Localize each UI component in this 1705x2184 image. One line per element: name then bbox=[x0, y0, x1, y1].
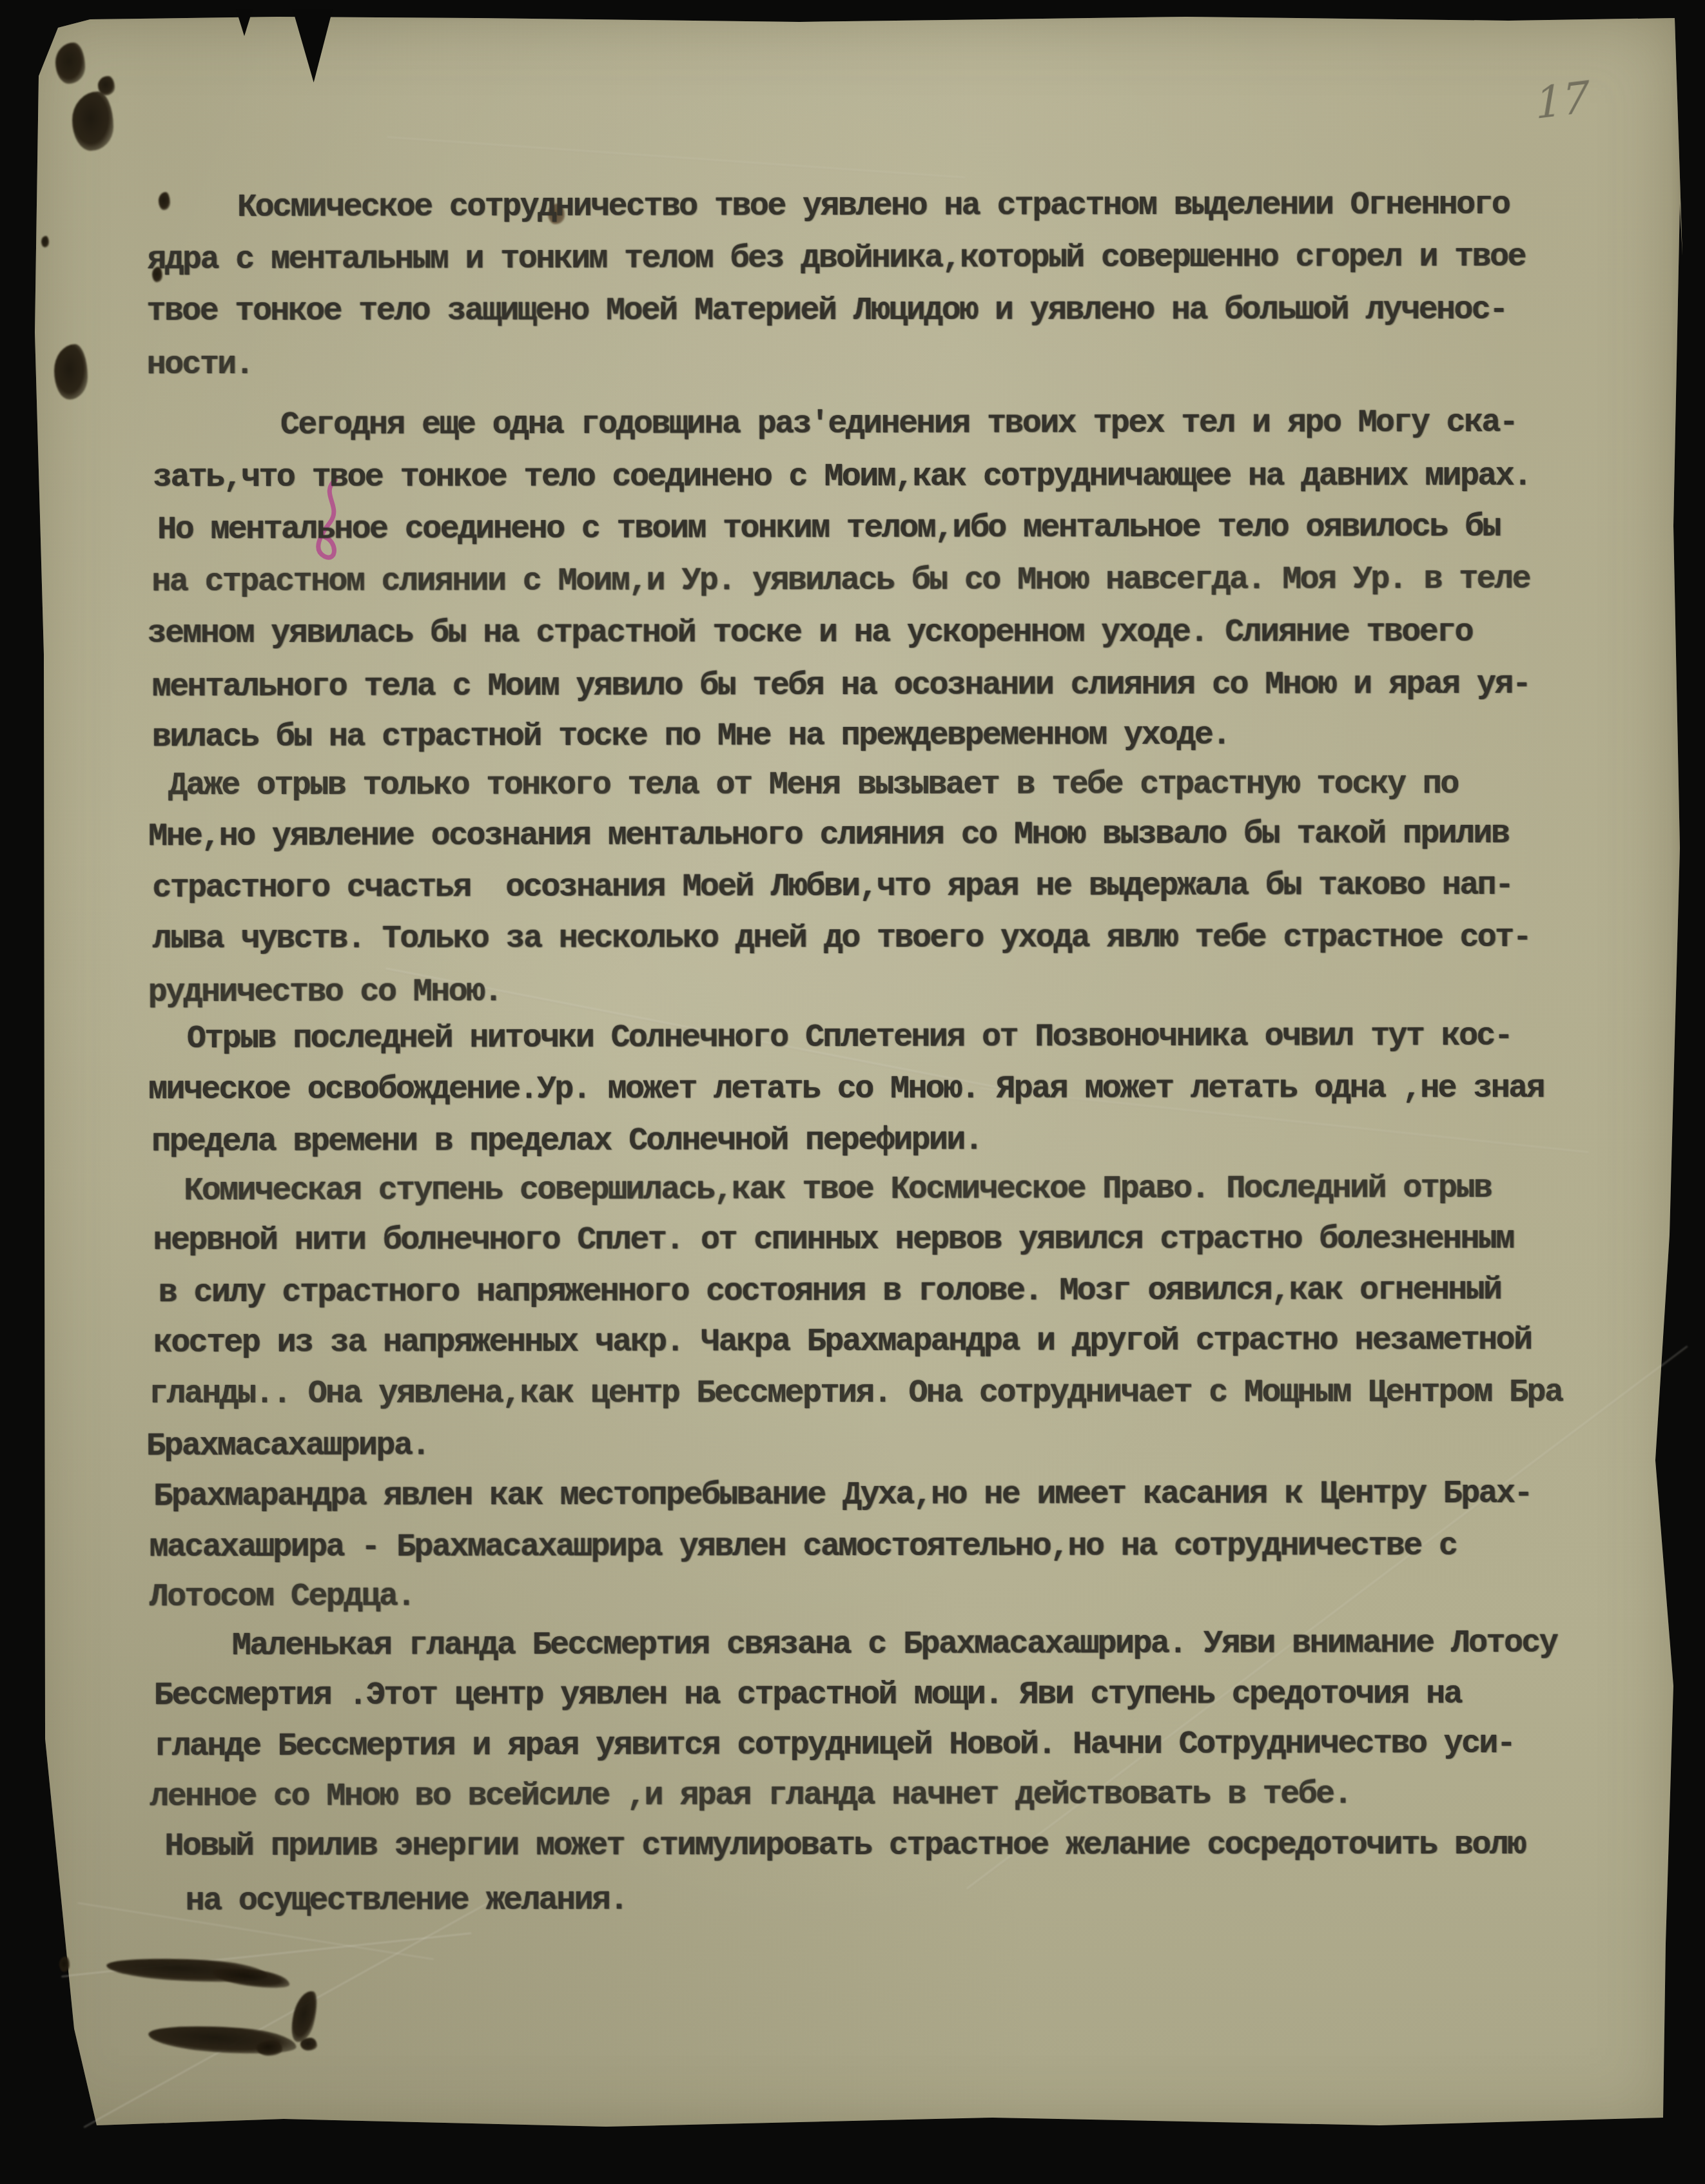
text-line: мическое освобождение.Ур. может летать с… bbox=[148, 1073, 1544, 1106]
text-line: масахашрира - Брахмасахашрира уявлен сам… bbox=[149, 1531, 1456, 1564]
text-line: Комическая ступень совершилась,как твое … bbox=[184, 1173, 1491, 1208]
text-line: Новый прилив энергии может стимулировать… bbox=[164, 1830, 1525, 1863]
text-line: зать,что твое тонкое тело соединено с Мо… bbox=[153, 461, 1531, 494]
text-line: на страстном слиянии с Моим,и Ур. уявила… bbox=[151, 564, 1530, 599]
text-line: лыва чувств. Только за несколько дней до… bbox=[152, 922, 1530, 956]
text-line: гланде Бессмертия и ярая уявится сотрудн… bbox=[154, 1728, 1514, 1763]
text-line: Космическое сотрудничество твое уявлено … bbox=[237, 189, 1509, 224]
text-line: Сегодня еще одна годовщина раз'единения … bbox=[280, 407, 1517, 442]
text-line: Лотосом Сердца. bbox=[150, 1581, 414, 1614]
scanned-page: 17 Космическое сотрудничество твое уявле… bbox=[0, 0, 1705, 2184]
text-layer: Космическое сотрудничество твое уявлено … bbox=[0, 0, 1705, 2184]
text-line: Отрыв последней ниточки Солнечного Сплет… bbox=[187, 1021, 1512, 1056]
text-line: ментального тела с Моим уявило бы тебя н… bbox=[152, 669, 1530, 704]
text-line: ности. bbox=[147, 349, 253, 382]
text-line: Маленькая гланда Бессмертия связана с Бр… bbox=[232, 1628, 1557, 1663]
text-line: земном уявилась бы на страстной тоске и … bbox=[147, 617, 1472, 650]
text-line: Мне,но уявление осознания ментального сл… bbox=[148, 818, 1508, 853]
text-line: нервной нити болнечного Сплет. от спинны… bbox=[153, 1224, 1513, 1257]
text-line: ленное со Мною во всейсиле ,и ярая гланд… bbox=[150, 1779, 1351, 1813]
text-line: Даже отрыв только тонкого тела от Меня в… bbox=[168, 769, 1458, 802]
text-line: страстного счастья осознания Моей Любви,… bbox=[152, 870, 1512, 905]
text-line: костер из за напряженных чакр. Чакра Бра… bbox=[153, 1325, 1532, 1360]
text-line: рудничество со Мною. bbox=[148, 976, 502, 1009]
text-line: предела времени в пределах Солнечной пер… bbox=[151, 1125, 982, 1159]
text-line: Но ментальное соединено с твоим тонким т… bbox=[157, 512, 1500, 546]
text-line: Бессмертия .Этот центр уявлен на страстн… bbox=[154, 1679, 1461, 1712]
text-line: Брахмарандра явлен как местопребывание Д… bbox=[153, 1478, 1532, 1513]
text-line: на осуществление желания. bbox=[186, 1885, 627, 1918]
text-line: гланды.. Она уявлена,как центр Бессмерти… bbox=[149, 1377, 1562, 1411]
text-line: вилась бы на страстной тоске по Мне на п… bbox=[152, 720, 1230, 755]
text-line: Брахмасахашрира. bbox=[146, 1430, 429, 1463]
text-line: в силу страстного напряженного состояния… bbox=[159, 1275, 1501, 1309]
text-line: твое тонкое тело защищено Моей Материей … bbox=[146, 295, 1506, 328]
text-line: ядра с ментальным и тонким телом без дво… bbox=[147, 242, 1525, 276]
